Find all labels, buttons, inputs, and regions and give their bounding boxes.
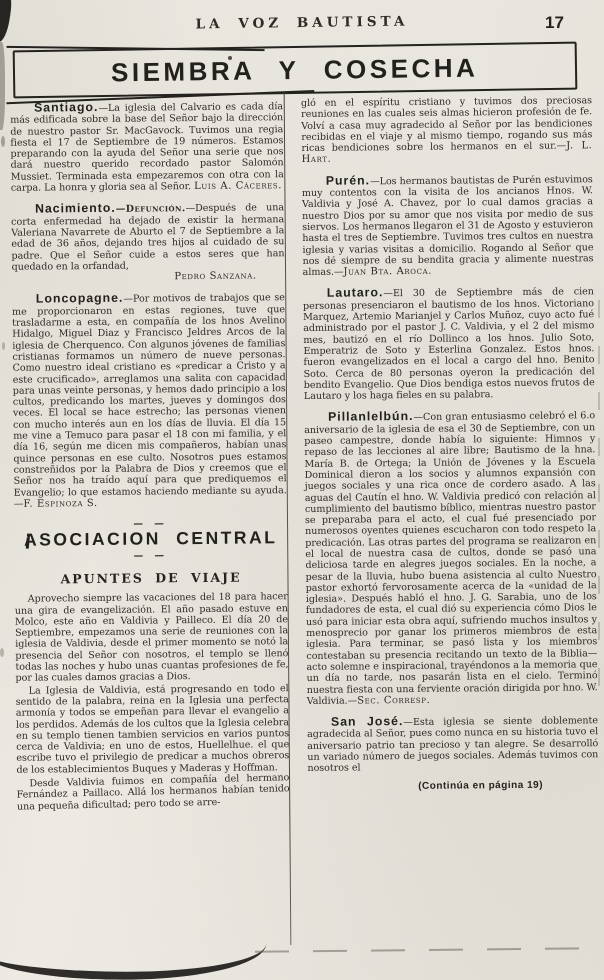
- article-loncopagne: Loncopagne.—Por motivos de trabajos que …: [12, 292, 287, 510]
- article-heading: San José.: [331, 714, 404, 729]
- scan-fleck: [0, 648, 4, 657]
- headline-box: SIEMBRA Y COSECHA: [13, 42, 578, 99]
- article-san-jose: San José.—Esta iglesia se siente dobleme…: [307, 714, 599, 793]
- article-text: —Por motivos de trabajos que se me propo…: [12, 293, 287, 510]
- continuation-note: (Continúa en página 19): [308, 779, 599, 793]
- article-heading: Purén.: [326, 173, 370, 187]
- left-column: Santiago.—La iglesia del Calvario es cad…: [10, 100, 290, 812]
- article-body: Loncopagne.—Por motivos de trabajos que …: [12, 292, 287, 510]
- travel-notes-paragraph: Desde Valdivia fuimos en compañía del he…: [16, 772, 290, 812]
- article-nacimiento: Nacimiento.—Defunción.—Después de una co…: [11, 202, 285, 285]
- scan-ink-curve: [0, 935, 266, 980]
- article-lautaro: Lautaro.—El 30 de Septiembre más de cien…: [303, 286, 595, 403]
- article-heading: Loncopagne.: [36, 291, 124, 306]
- article-text: —El 30 de Septiembre más de cien persona…: [303, 287, 595, 402]
- article-text: —Los hermanos bautistas de Purén estuvim…: [302, 174, 594, 278]
- article-body: Pillanlelbún.—Con gran entusiasmo celebr…: [304, 410, 598, 707]
- travel-notes-paragraph: La Iglesia de Valdivia, está progresando…: [16, 683, 290, 776]
- right-column: gló en el espíritu cristiano y tuvimos d…: [301, 95, 599, 803]
- scan-fleck: [2, 342, 5, 350]
- article-text: —Con gran entusiasmo celebró el 6.o aniv…: [304, 411, 598, 707]
- article-pillanlelbun: Pillanlelbún.—Con gran entusiasmo celebr…: [304, 410, 598, 707]
- article-heading: Santiago.: [34, 100, 98, 115]
- section-heading: ASOCIACION CENTRAL: [14, 533, 287, 547]
- scan-streak: [0, 42, 5, 130]
- section-divider-bottom: — —: [14, 549, 287, 563]
- travel-notes-paragraph: Aprovecho siempre las vacaciones del 18 …: [15, 591, 289, 684]
- article-body: Lautaro.—El 30 de Septiembre más de cien…: [303, 286, 595, 403]
- article-heading: Lautaro.: [327, 286, 384, 301]
- article-body: gló en el espíritu cristiano y tuvimos d…: [301, 95, 593, 166]
- article-signature: Luis A. Cáceres.: [194, 180, 282, 192]
- scan-smudge: [255, 947, 595, 953]
- article-puren: Purén.—Los hermanos bautistas de Purén e…: [302, 173, 594, 278]
- article-signature: Sec. Corresp.: [357, 695, 430, 707]
- article-body: Nacimiento.—Defunción.—Después de una co…: [11, 202, 285, 273]
- article-santiago: Santiago.—La iglesia del Calvario es cad…: [10, 100, 284, 194]
- masthead: LA VOZ BAUTISTA: [0, 11, 604, 35]
- article-body: Santiago.—La iglesia del Calvario es cad…: [10, 100, 284, 194]
- article-body: Purén.—Los hermanos bautistas de Purén e…: [302, 173, 594, 278]
- article-signature: F. Espinoza S.: [23, 498, 97, 510]
- subsection-heading: APUNTES DE VIAJE: [15, 571, 288, 585]
- scan-edge-marks: [598, 300, 600, 700]
- article-body: San José.—Esta iglesia se siente dobleme…: [307, 714, 599, 774]
- page-number: 17: [545, 13, 564, 33]
- article-signature: Juan Bta. Aroca.: [343, 266, 432, 278]
- article-subheading: —Defunción.: [116, 203, 186, 215]
- article-text: gló en el espíritu cristiano y tuvimos d…: [301, 95, 592, 154]
- newspaper-page: LA VOZ BAUTISTA 17 SIEMBRA Y COSECHA San…: [0, 0, 604, 980]
- article-heading: Pillanlelbún.: [328, 409, 414, 424]
- continuation-paragraph: gló en el espíritu cristiano y tuvimos d…: [301, 95, 593, 166]
- article-heading: Nacimiento.: [35, 201, 116, 216]
- headline: SIEMBRA Y COSECHA: [111, 52, 479, 88]
- scan-fleck: [1, 136, 5, 147]
